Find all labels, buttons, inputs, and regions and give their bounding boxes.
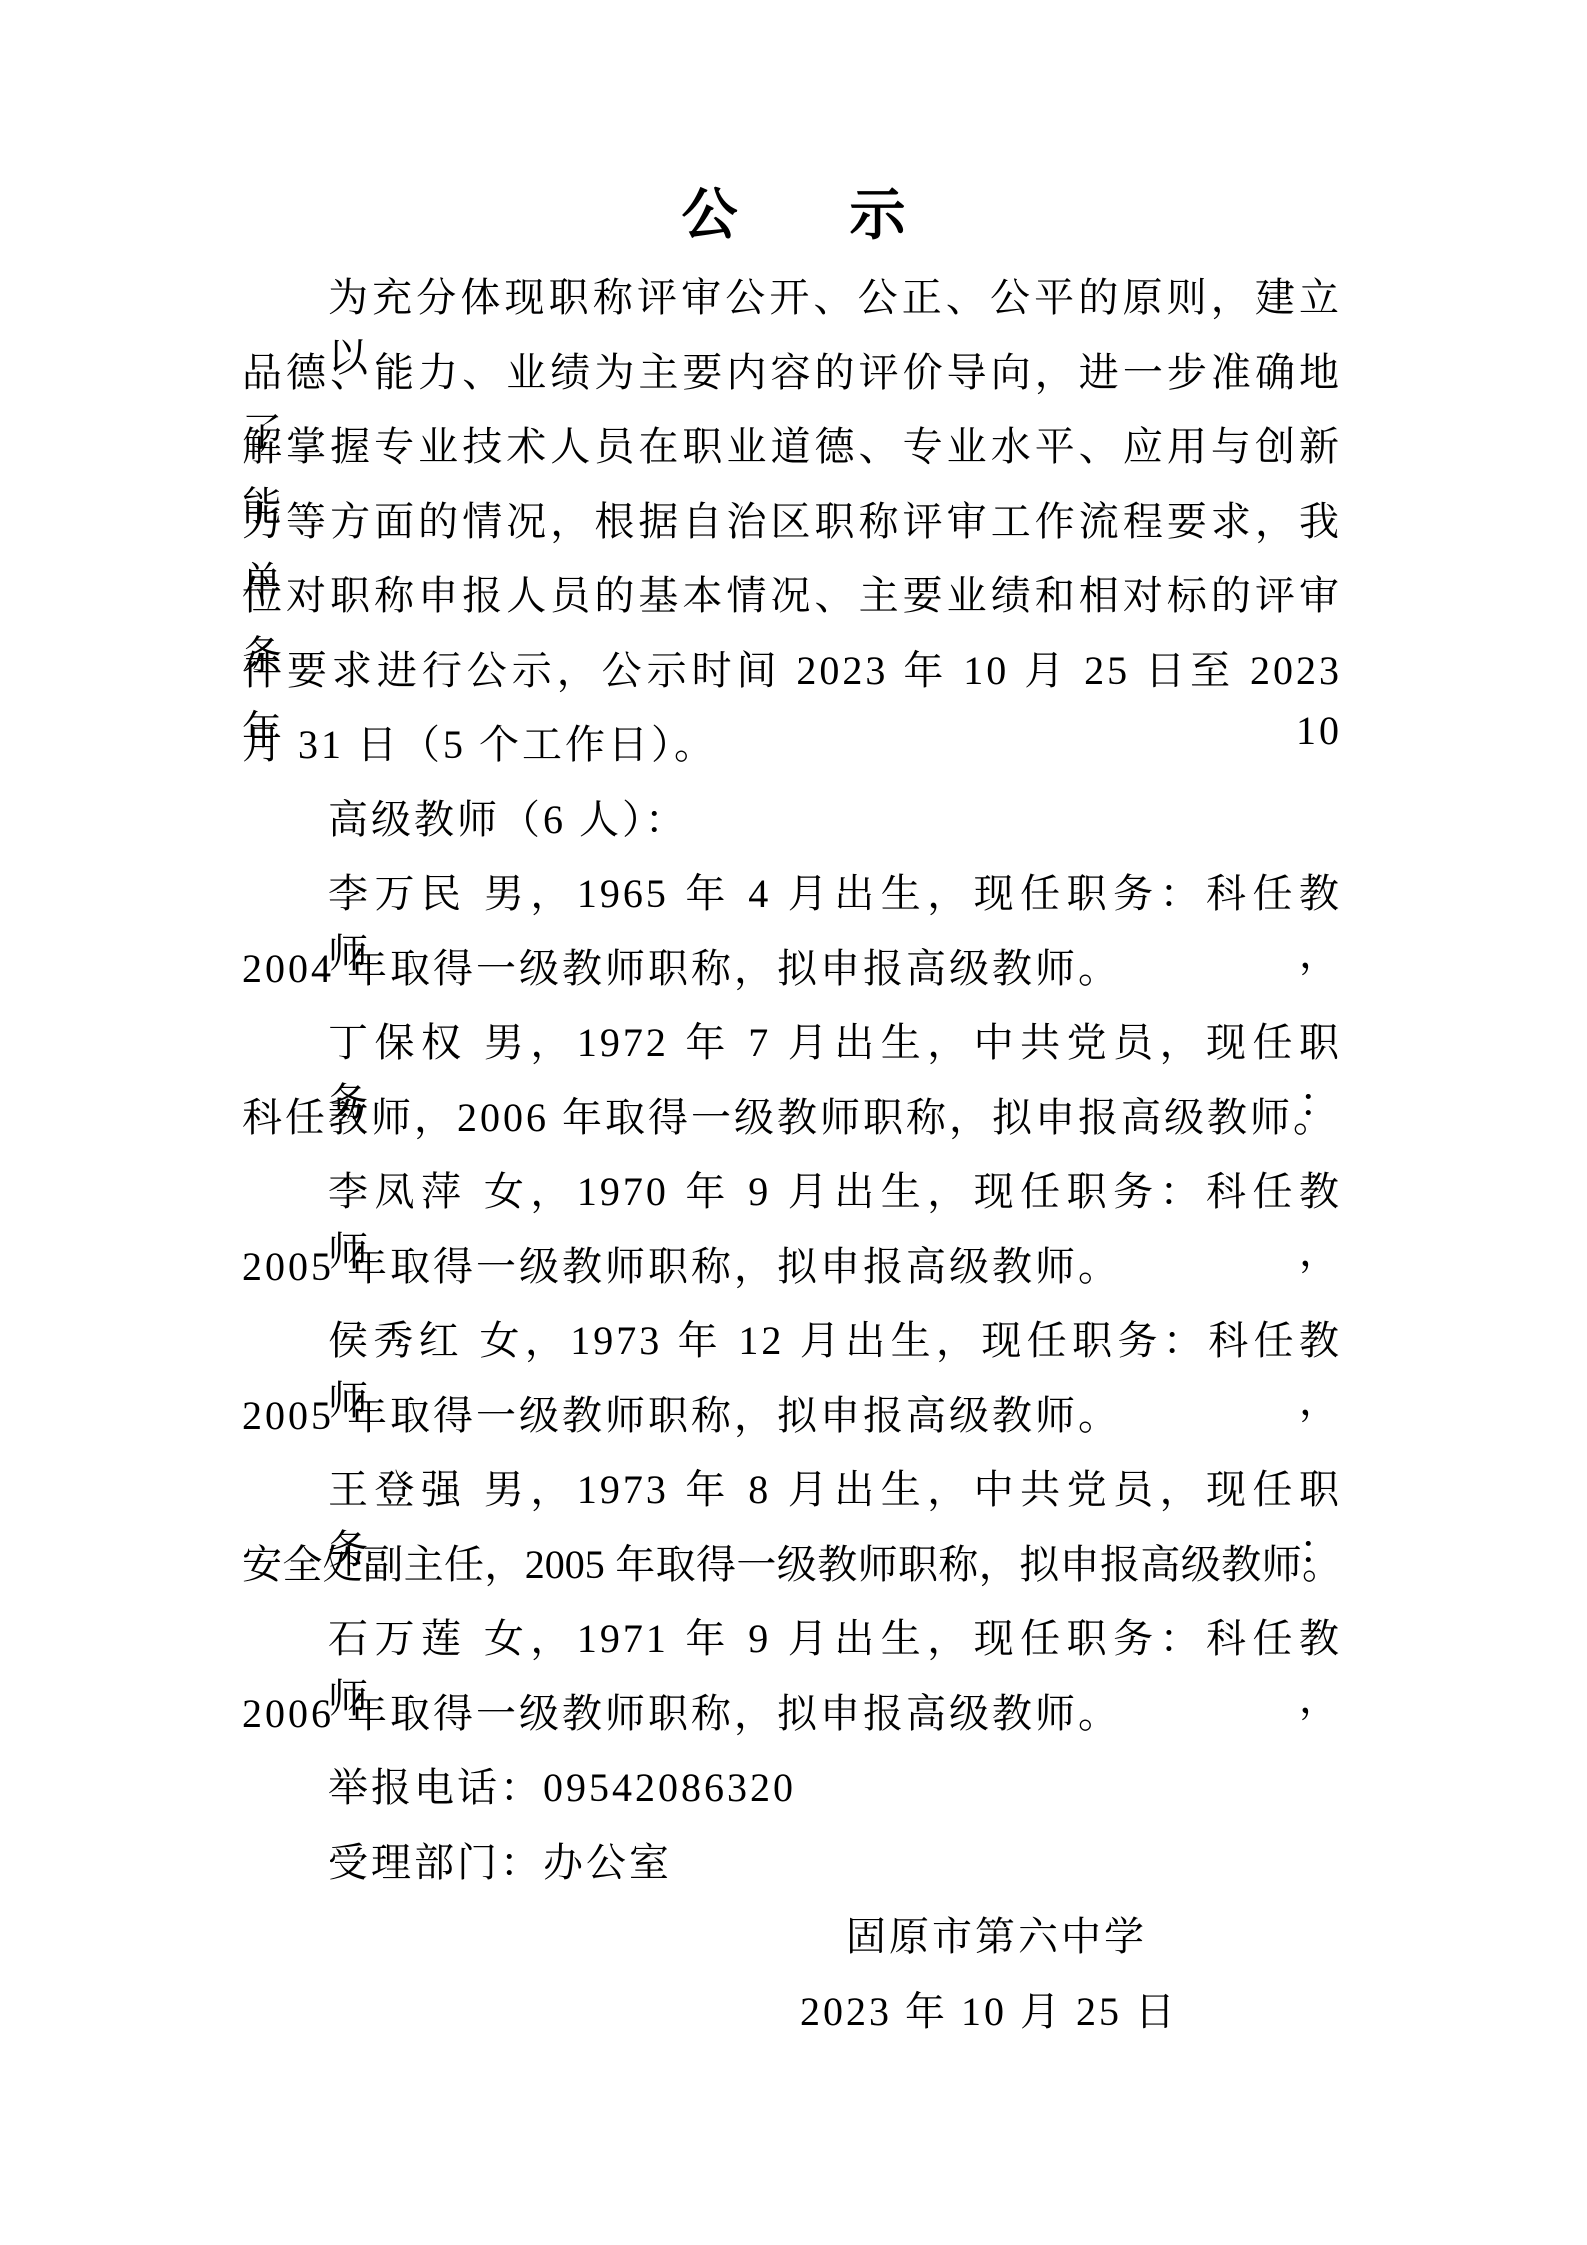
candidate-line-2: 科任教师，2006 年取得一级教师职称，拟申报高级教师。: [242, 1088, 1342, 1148]
candidate-line-2: 安全处副主任，2005 年取得一级教师职称，拟申报高级教师。: [242, 1535, 1342, 1595]
intro-line-3: 解掌握专业技术人员在职业道德、专业水平、应用与创新能: [242, 417, 1342, 477]
candidate-line-1: 侯秀红 女，1973 年 12 月出生，现任职务：科任教师，: [328, 1311, 1342, 1371]
candidate-line-2: 2005 年取得一级教师职称，拟申报高级教师。: [242, 1386, 1342, 1446]
page-title: 公 示: [0, 180, 1587, 250]
candidate-line-1: 王登强 男，1973 年 8 月出生，中共党员，现任职务：: [328, 1460, 1342, 1520]
candidate-line-1: 李凤萍 女，1970 年 9 月出生，现任职务：科任教师，: [328, 1162, 1342, 1222]
intro-line-4: 力等方面的情况，根据自治区职称评审工作流程要求，我单: [242, 492, 1342, 552]
intro-line-6: 件要求进行公示，公示时间 2023 年 10 月 25 日至 2023 年 10: [242, 641, 1342, 701]
candidate-line-2: 2005 年取得一级教师职称，拟申报高级教师。: [242, 1237, 1342, 1297]
handling-department: 受理部门：办公室: [328, 1833, 1342, 1893]
candidate-line-2: 2004 年取得一级教师职称，拟申报高级教师。: [242, 939, 1342, 999]
candidate-line-1: 李万民 男，1965 年 4 月出生，现任职务：科任教师，: [328, 864, 1342, 924]
document-page: 公 示 为充分体现职称评审公开、公正、公平的原则，建立以 品德、能力、业绩为主要…: [0, 0, 1587, 2245]
signature-organization: 固原市第六中学: [846, 1907, 1146, 1967]
intro-line-2: 品德、能力、业绩为主要内容的评价导向，进一步准确地了: [242, 343, 1342, 403]
intro-line-1: 为充分体现职称评审公开、公正、公平的原则，建立以: [328, 268, 1342, 328]
candidate-line-1: 石万莲 女，1971 年 9 月出生，现任职务：科任教师，: [328, 1609, 1342, 1669]
candidate-line-1: 丁保权 男，1972 年 7 月出生，中共党员，现任职务：: [328, 1013, 1342, 1073]
signature-date: 2023 年 10 月 25 日: [800, 1982, 1160, 2042]
category-heading: 高级教师（6 人）：: [328, 790, 1342, 850]
intro-line-5: 位对职称申报人员的基本情况、主要业绩和相对标的评审条: [242, 566, 1342, 626]
report-phone: 举报电话：09542086320: [328, 1758, 1342, 1818]
candidate-line-2: 2006 年取得一级教师职称，拟申报高级教师。: [242, 1684, 1342, 1744]
intro-line-7: 月 31 日（5 个工作日）。: [242, 715, 1342, 775]
